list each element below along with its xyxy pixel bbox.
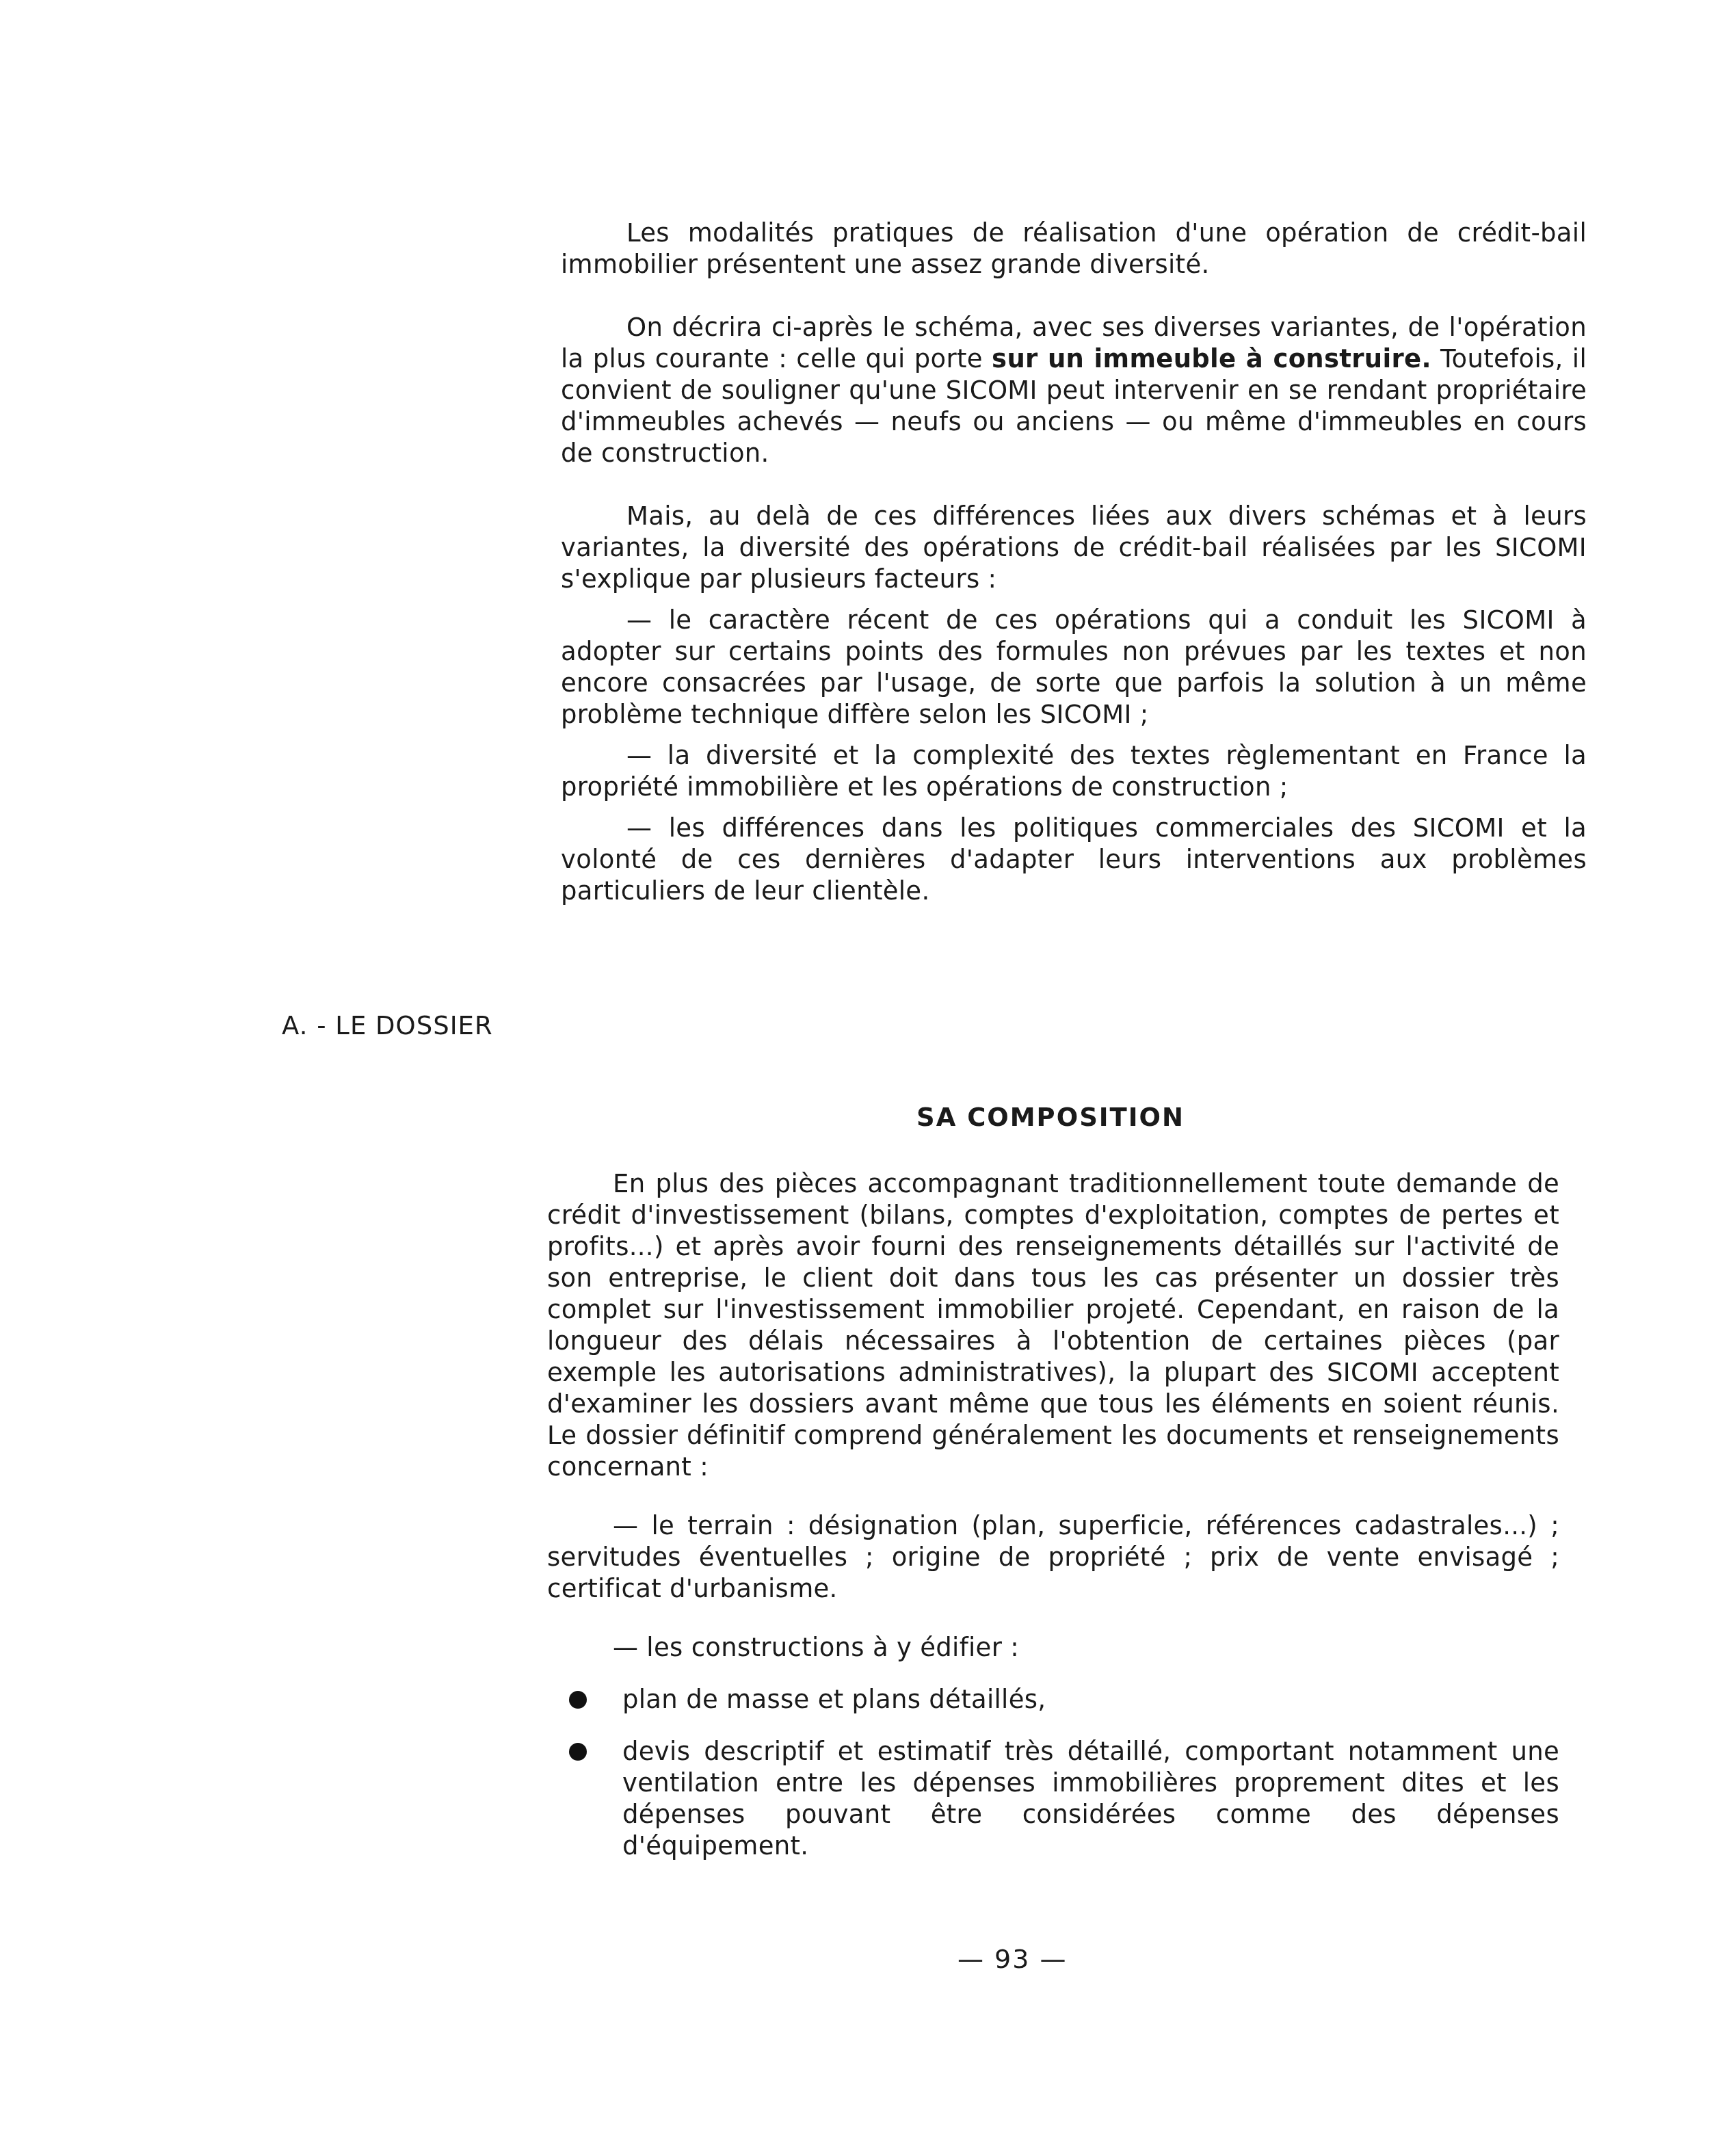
composition-block: En plus des pièces accompagnant traditio… xyxy=(547,1168,1559,1862)
intro-block: Les modalités pratiques de réalisation d… xyxy=(561,218,1587,907)
section-heading: SA COMPOSITION xyxy=(916,1103,1185,1132)
page-number: — 93 — xyxy=(957,1944,1068,1974)
bullet-item-plans: plan de masse et plans détaillés, xyxy=(547,1684,1559,1715)
intro-paragraph-3: Mais, au delà de ces différences liées a… xyxy=(561,501,1587,595)
bullet-icon xyxy=(569,1743,587,1761)
emphasis-immeuble-a-construire: sur un immeuble à construire. xyxy=(992,344,1431,373)
intro-paragraph-2: On décrira ci-après le schéma, avec ses … xyxy=(561,312,1587,469)
document-page: Les modalités pratiques de réalisation d… xyxy=(0,0,1718,2156)
intro-paragraph-1: Les modalités pratiques de réalisation d… xyxy=(561,218,1587,280)
factor-item-1: — le caractère récent de ces opérations … xyxy=(561,605,1587,731)
section-label: A. - LE DOSSIER xyxy=(282,1011,493,1040)
item-constructions: — les constructions à y édifier : xyxy=(547,1632,1559,1664)
item-terrain: — le terrain : désignation (plan, superf… xyxy=(547,1510,1559,1605)
bullet-item-devis: devis descriptif et estimatif très détai… xyxy=(547,1736,1559,1862)
bullet-icon xyxy=(569,1691,587,1709)
composition-paragraph: En plus des pièces accompagnant traditio… xyxy=(547,1168,1559,1483)
factor-item-2: — la diversité et la complexité des text… xyxy=(561,740,1587,803)
factor-item-3: — les différences dans les politiques co… xyxy=(561,813,1587,907)
